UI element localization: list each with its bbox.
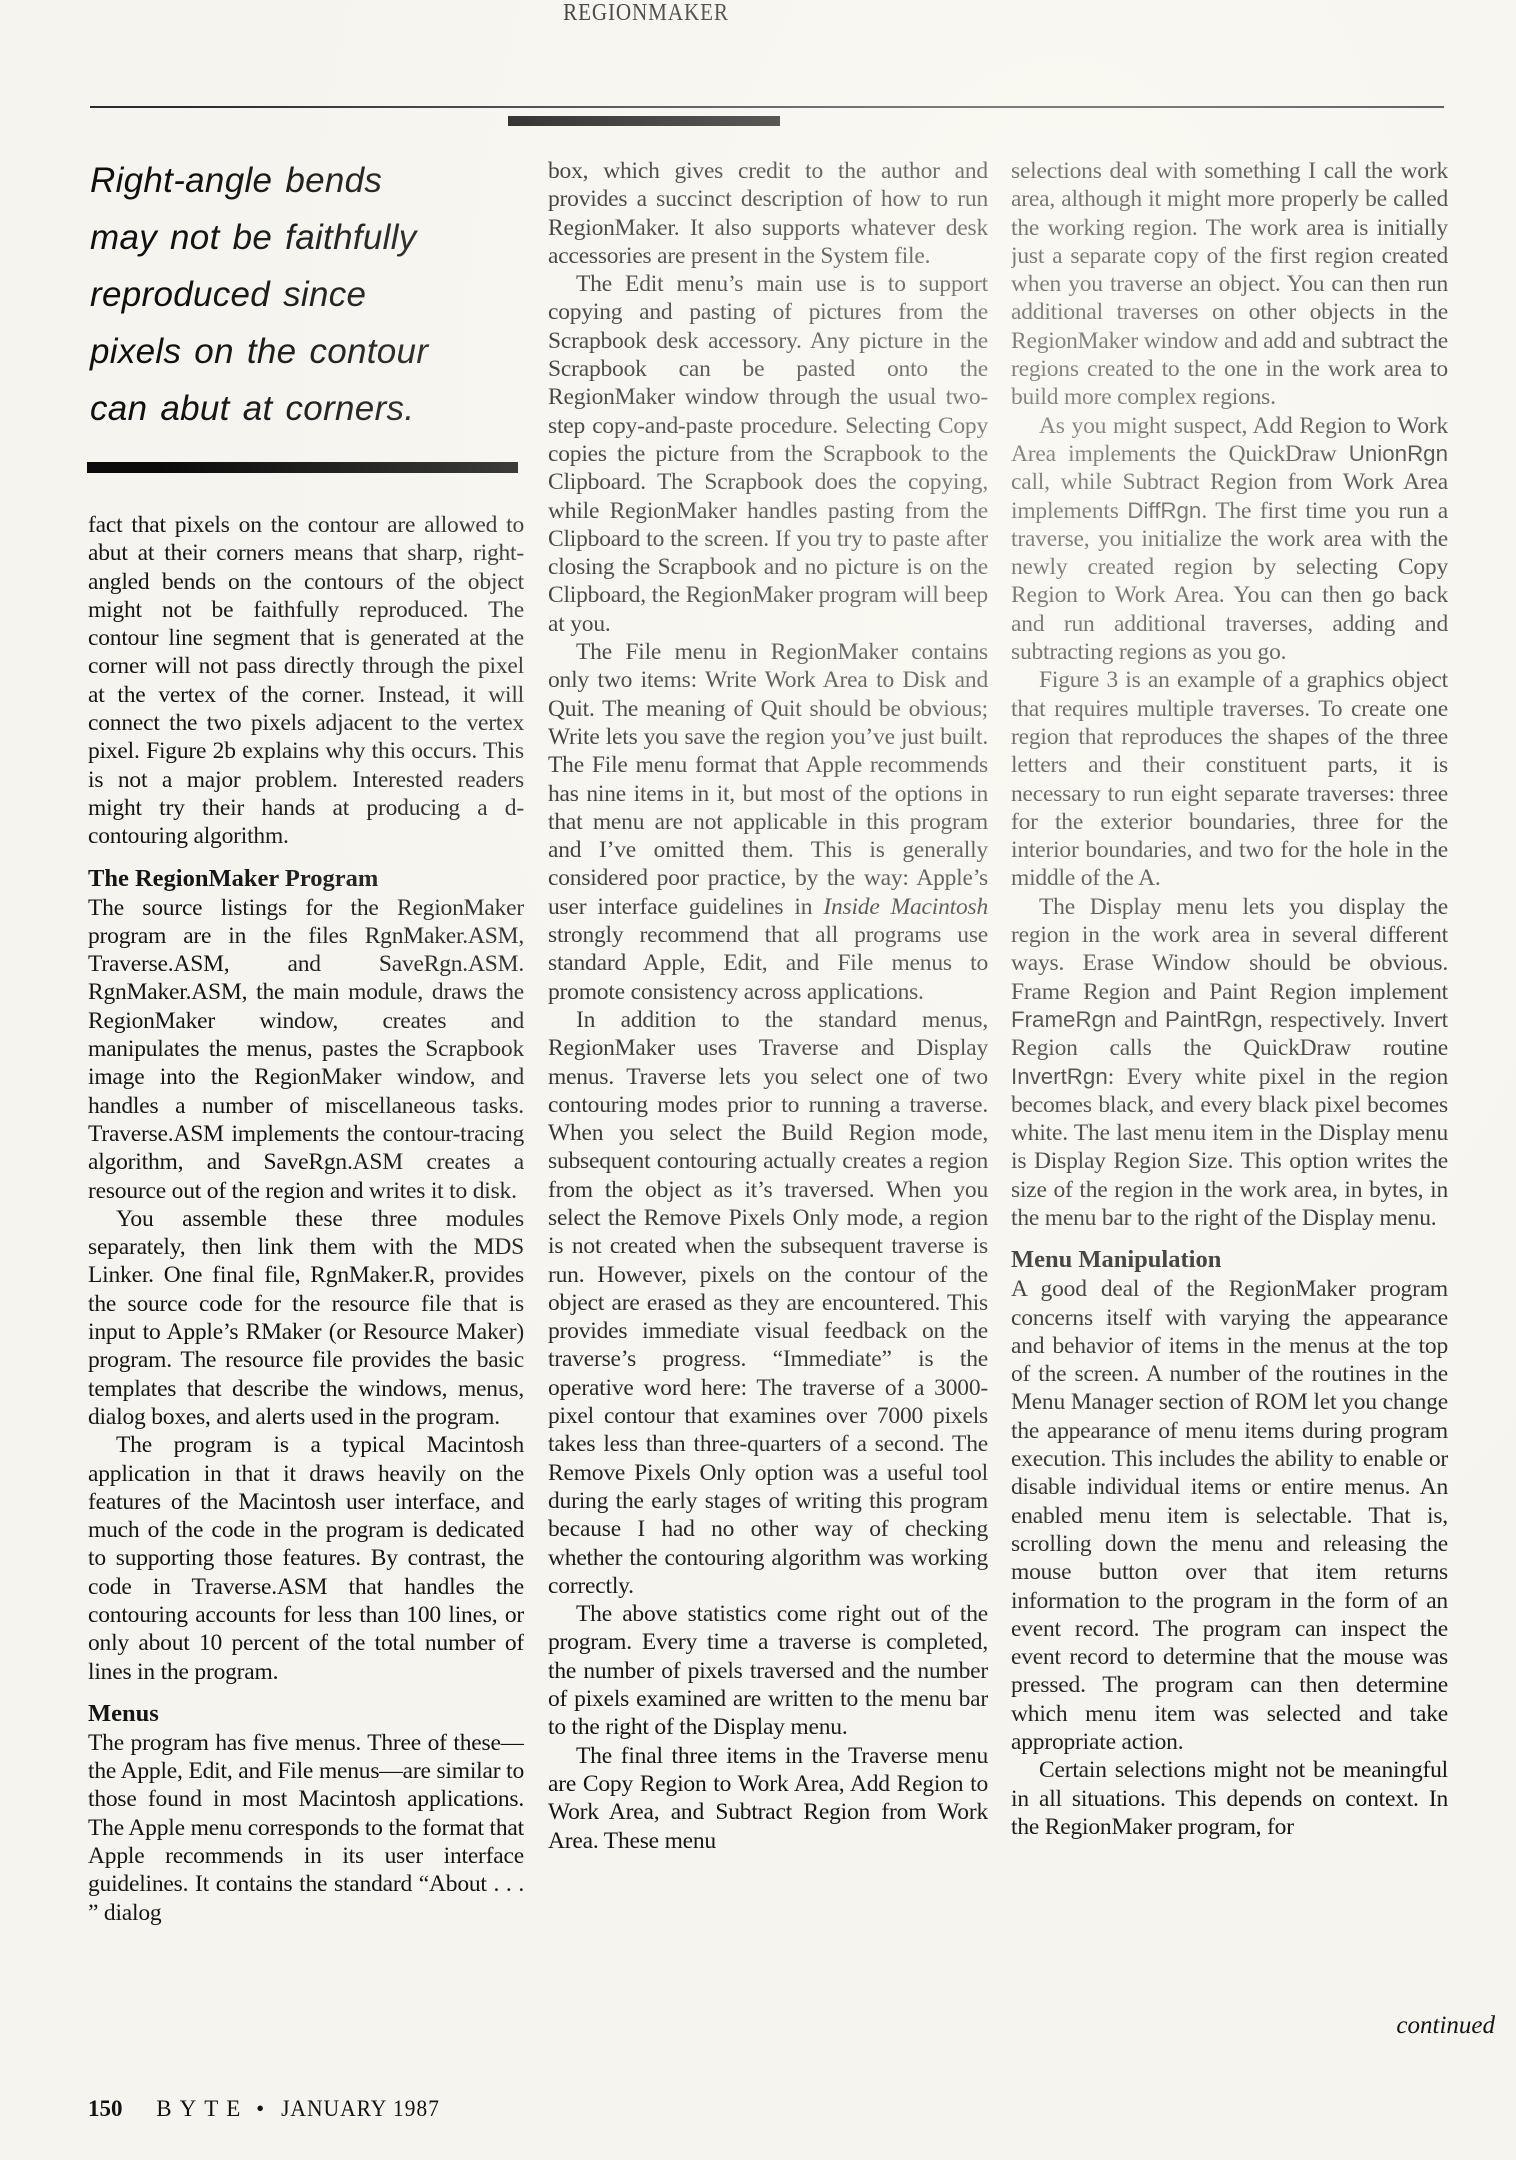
paragraph: fact that pixels on the contour are allo…: [88, 511, 524, 851]
issue-date: JANUARY 1987: [281, 2096, 440, 2122]
text-run: Figure 3 is an example of a graphics obj…: [1011, 667, 1448, 891]
text-run: The final three items in the Traverse me…: [548, 1743, 988, 1854]
paragraph: The source listings for the RegionMaker …: [88, 894, 524, 1205]
paragraph: selections deal with something I call th…: [1011, 157, 1448, 412]
paragraph: The program has five menus. Three of the…: [88, 1729, 524, 1927]
code-text: FrameRgn: [1011, 1007, 1116, 1032]
text-run: The Display menu lets you display the re…: [1011, 894, 1448, 1005]
pull-quote-line: can abut at corners.: [90, 380, 526, 437]
text-run: and: [1116, 1007, 1165, 1033]
paragraph: The program is a typical Macintosh appli…: [88, 1431, 524, 1686]
text-run: The Edit menu’s main use is to support c…: [548, 271, 988, 637]
column-right: selections deal with something I call th…: [1011, 157, 1448, 2037]
page-footer: 150 BYTE • JANUARY 1987: [88, 2096, 788, 2122]
text-run: The above statistics come right out of t…: [548, 1601, 988, 1740]
text-run: Certain selections might not be meaningf…: [1011, 1757, 1448, 1840]
paragraph: In addition to the standard menus, Regio…: [548, 1006, 988, 1600]
pull-quote-line: may not be faithfully: [90, 209, 526, 266]
header-black-bar: [508, 116, 780, 126]
page-number: 150: [88, 2096, 123, 2121]
paragraph: A good deal of the RegionMaker program c…: [1011, 1275, 1448, 1756]
continued-label: continued: [1280, 2012, 1495, 2040]
magazine-name: BYTE: [156, 2096, 248, 2121]
column-middle: box, which gives credit to the author an…: [548, 157, 988, 2062]
text-run: The File menu in RegionMaker contains on…: [548, 639, 988, 920]
code-text: PaintRgn: [1165, 1007, 1257, 1032]
section-heading: The RegionMaker Program: [88, 864, 524, 893]
paragraph: The above statistics come right out of t…: [548, 1600, 988, 1741]
section-heading: Menus: [88, 1699, 524, 1728]
text-run: fact that pixels on the contour are allo…: [88, 512, 524, 849]
code-text: InvertRgn: [1011, 1064, 1108, 1089]
page-title-text: REGIONMAKER: [563, 0, 729, 27]
text-run: strongly recommend that all programs use…: [548, 922, 988, 1005]
code-text: DiffRgn: [1127, 498, 1201, 523]
footer-bullet: •: [256, 2096, 264, 2121]
text-run: The source listings for the RegionMaker …: [88, 895, 524, 1204]
text-run: selections deal with something I call th…: [1011, 158, 1448, 410]
pull-quote-bar: [87, 462, 518, 473]
pull-quote-line: reproduced since: [90, 266, 526, 323]
column-left: fact that pixels on the contour are allo…: [88, 511, 524, 2043]
page-title: REGIONMAKER: [78, 0, 1215, 27]
pull-quote: Right-angle bendsmay not be faithfullyre…: [90, 152, 526, 437]
text-run: In addition to the standard menus, Regio…: [548, 1007, 988, 1599]
paragraph: The final three items in the Traverse me…: [548, 1742, 988, 1855]
paragraph: You assemble these three modules separat…: [88, 1205, 524, 1431]
paragraph: The Display menu lets you display the re…: [1011, 893, 1448, 1233]
section-heading: Menu Manipulation: [1011, 1245, 1448, 1274]
paragraph: As you might suspect, Add Region to Work…: [1011, 412, 1448, 667]
paragraph: Figure 3 is an example of a graphics obj…: [1011, 666, 1448, 892]
pull-quote-line: pixels on the contour: [90, 323, 526, 380]
text-run: The program is a typical Macintosh appli…: [88, 1432, 524, 1684]
text-run: box, which gives credit to the author an…: [548, 158, 988, 269]
code-text: UnionRgn: [1349, 441, 1448, 466]
italic-text: Inside Macintosh: [823, 894, 988, 920]
paragraph: Certain selections might not be meaningf…: [1011, 1756, 1448, 1841]
text-run: A good deal of the RegionMaker program c…: [1011, 1276, 1448, 1755]
paragraph: The File menu in RegionMaker contains on…: [548, 638, 988, 1006]
paragraph: box, which gives credit to the author an…: [548, 157, 988, 270]
pull-quote-line: Right-angle bends: [90, 152, 526, 209]
paragraph: The Edit menu’s main use is to support c…: [548, 270, 988, 638]
text-run: The program has five menus. Three of the…: [88, 1730, 524, 1926]
text-run: You assemble these three modules separat…: [88, 1206, 524, 1430]
header-rule: [90, 106, 1444, 108]
